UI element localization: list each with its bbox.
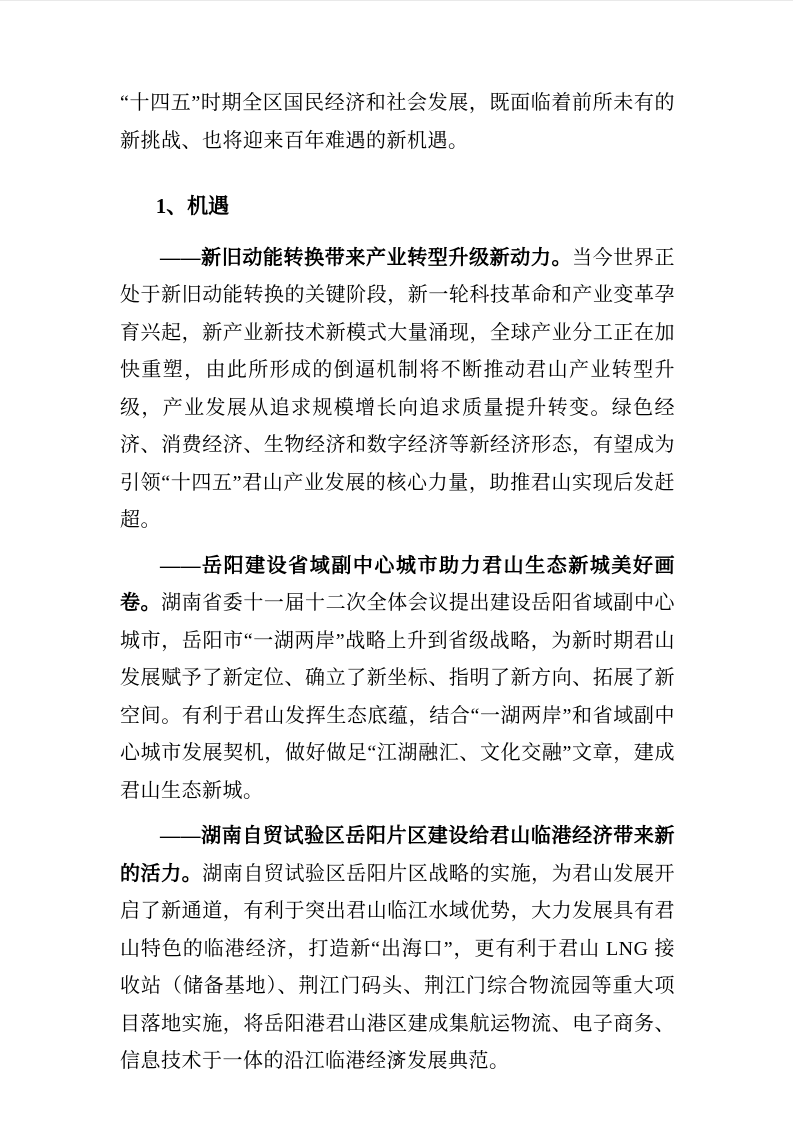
section-heading: 1、机遇 — [120, 188, 675, 226]
page-number: 5 — [393, 1052, 401, 1069]
paragraph-continuation: “十四五”时期全区国民经济和社会发展，既面临着前所未有的新挑战、也将迎来百年难遇… — [120, 85, 675, 160]
paragraph-text: 当今世界正处于新旧动能转换的关键阶段，新一轮科技革命和产业变革孕育兴起，新产业新… — [120, 247, 675, 532]
document-page: “十四五”时期全区国民经济和社会发展，既面临着前所未有的新挑战、也将迎来百年难遇… — [0, 0, 793, 1122]
page-footer: 5 — [0, 1052, 793, 1070]
paragraph-subcenter-city: ——岳阳建设省域副中心城市助力君山生态新城美好画卷。湖南省委十一届十二次全体会议… — [120, 548, 675, 811]
page-content: “十四五”时期全区国民经济和社会发展，既面临着前所未有的新挑战、也将迎来百年难遇… — [120, 85, 675, 1081]
paragraph-text: “十四五”时期全区国民经济和社会发展，既面临着前所未有的新挑战、也将迎来百年难遇… — [120, 92, 675, 152]
paragraph-lead: ——新旧动能转换带来产业转型升级新动力。 — [160, 247, 572, 269]
paragraph-text: 湖南省委十一届十二次全体会议提出建设岳阳省域副中心城市，岳阳市“一湖两岸”战略上… — [120, 592, 675, 802]
paragraph-text: 湖南自贸试验区岳阳片区战略的实施，为君山发展开启了新通道，有利于突出君山临江水域… — [120, 863, 675, 1073]
paragraph-free-trade-zone: ——湖南自贸试验区岳阳片区建设给君山临港经济带来新的活力。湖南自贸试验区岳阳片区… — [120, 818, 675, 1081]
paragraph-new-momentum: ——新旧动能转换带来产业转型升级新动力。当今世界正处于新旧动能转换的关键阶段，新… — [120, 240, 675, 540]
section-heading-text: 1、机遇 — [156, 194, 230, 218]
